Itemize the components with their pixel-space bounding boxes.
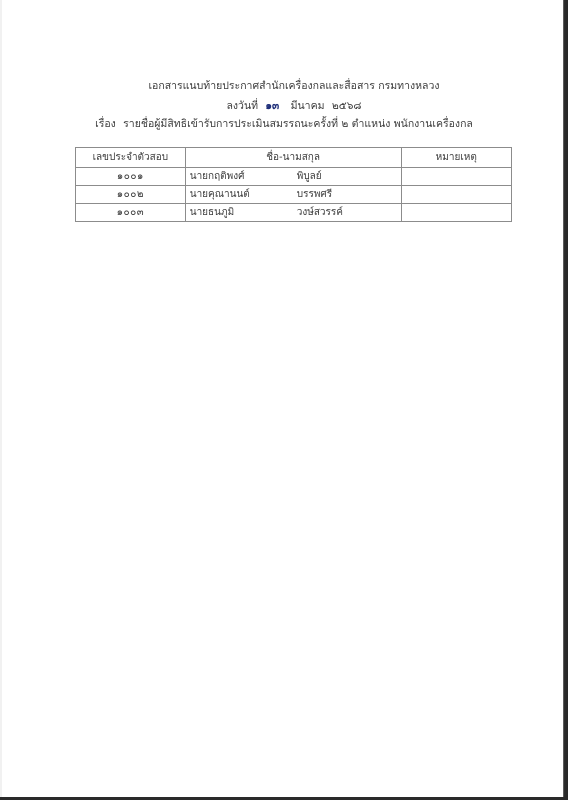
subject-text: รายชื่อผู้มีสิทธิเข้ารับการประเมินสมรรถน… xyxy=(123,118,473,130)
candidates-table: เลขประจำตัวสอบ ชื่อ-นามสกุล หมายเหตุ ๑๐๐… xyxy=(75,147,512,222)
date-prefix: ลงวันที่ xyxy=(226,100,258,112)
exam-id-cell: ๑๐๐๒ xyxy=(76,186,186,204)
exam-id-cell: ๑๐๐๓ xyxy=(76,204,186,222)
header-full-name: ชื่อ-นามสกุล xyxy=(185,148,401,168)
first-name: นายกฤติพงศ์ xyxy=(190,169,245,184)
subject-label: เรื่อง xyxy=(95,118,116,130)
table-header-row: เลขประจำตัวสอบ ชื่อ-นามสกุล หมายเหตุ xyxy=(76,148,512,168)
remarks-cell xyxy=(401,168,512,186)
table-row: ๑๐๐๓ นายธนภูมิ วงษ์สวรรค์ xyxy=(76,204,512,222)
header-remarks: หมายเหตุ xyxy=(401,148,512,168)
exam-id-cell: ๑๐๐๑ xyxy=(76,168,186,186)
last-name: วงษ์สวรรค์ xyxy=(297,205,343,220)
table-row: ๑๐๐๒ นายคุณานนต์ บรรพศรี xyxy=(76,186,512,204)
remarks-cell xyxy=(401,204,512,222)
document-heading-title: เอกสารแนบท้ายประกาศสำนักเครื่องกลและสื่อ… xyxy=(10,79,568,93)
date-year: ๒๕๖๘ xyxy=(332,100,362,112)
date-day: ๑๓ xyxy=(265,100,279,112)
document-date-line: ลงวันที่ ๑๓ มีนาคม ๒๕๖๘ xyxy=(10,99,568,113)
first-name: นายคุณานนต์ xyxy=(190,187,250,202)
first-name: นายธนภูมิ xyxy=(190,205,234,220)
document-page: เอกสารแนบท้ายประกาศสำนักเครื่องกลและสื่อ… xyxy=(0,0,568,800)
full-name-cell: นายธนภูมิ วงษ์สวรรค์ xyxy=(185,204,401,222)
last-name: พิบูลย์ xyxy=(297,169,322,184)
last-name: บรรพศรี xyxy=(297,187,332,202)
table-row: ๑๐๐๑ นายกฤติพงศ์ พิบูลย์ xyxy=(76,168,512,186)
date-month: มีนาคม xyxy=(291,100,325,112)
document-subject-line: เรื่อง รายชื่อผู้มีสิทธิเข้ารับการประเมิ… xyxy=(0,117,568,131)
full-name-cell: นายคุณานนต์ บรรพศรี xyxy=(185,186,401,204)
header-exam-id: เลขประจำตัวสอบ xyxy=(76,148,186,168)
full-name-cell: นายกฤติพงศ์ พิบูลย์ xyxy=(185,168,401,186)
remarks-cell xyxy=(401,186,512,204)
